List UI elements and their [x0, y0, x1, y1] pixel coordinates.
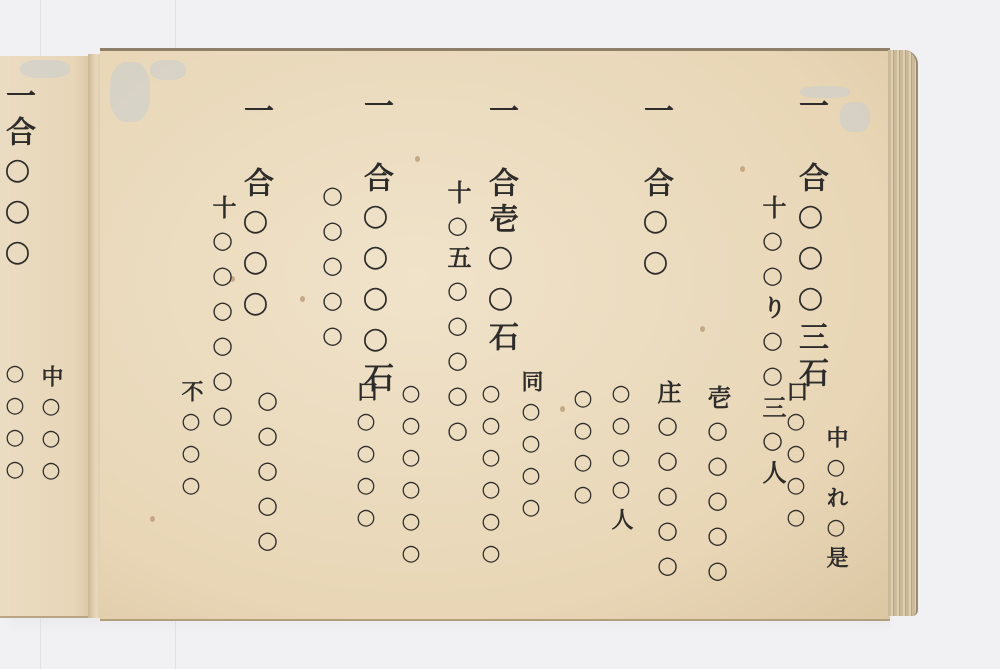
wormhole	[700, 326, 705, 332]
right-page-column: ○○○○	[572, 385, 594, 513]
right-page-column: 十○○り○○三○人	[760, 195, 784, 490]
right-page-column: 十○五○○○○○	[445, 180, 469, 450]
water-stain	[840, 102, 870, 132]
right-page-column: ○○○○人	[610, 380, 632, 536]
right-page-column: ○○○○○	[255, 385, 279, 560]
water-stain	[150, 60, 186, 80]
wormhole	[415, 156, 420, 162]
right-page-column: 不○○○	[180, 380, 202, 504]
page-edges	[888, 50, 918, 616]
left-page-column: 一合○○○	[2, 80, 32, 275]
right-page-column: 中○れ○是	[825, 370, 847, 574]
wormhole	[560, 406, 565, 412]
left-page-column: 中○○○	[40, 365, 62, 489]
wormhole	[740, 166, 745, 172]
right-page-column: ○○○○○	[320, 180, 344, 355]
water-stain	[110, 62, 150, 122]
wormhole	[150, 516, 155, 522]
left-page-column: ○○○○	[4, 360, 26, 488]
right-page-column: 一 合○○	[640, 95, 670, 285]
right-page-column: 口○○○○	[785, 380, 807, 536]
right-page-column: 一 合○○○○石	[360, 90, 390, 398]
right-page-column: 一 合壱○○石	[485, 95, 515, 357]
right-page-column: 口○○○○	[355, 380, 377, 536]
right-page-column: 一 合○○○	[240, 95, 270, 326]
right-page-column: 十○○○○○○	[210, 195, 234, 435]
right-page-column: 一 合○○○三石	[795, 90, 825, 393]
water-stain	[20, 60, 70, 78]
right-page-column: 壱○○○○○	[705, 385, 729, 590]
right-page-column: ○○○○○○	[480, 380, 502, 572]
right-page-column: 同○○○○	[520, 370, 542, 526]
wormhole	[300, 296, 305, 302]
right-page-column: ○○○○○○	[400, 380, 422, 572]
right-page-column: 庄○○○○○	[655, 380, 679, 585]
